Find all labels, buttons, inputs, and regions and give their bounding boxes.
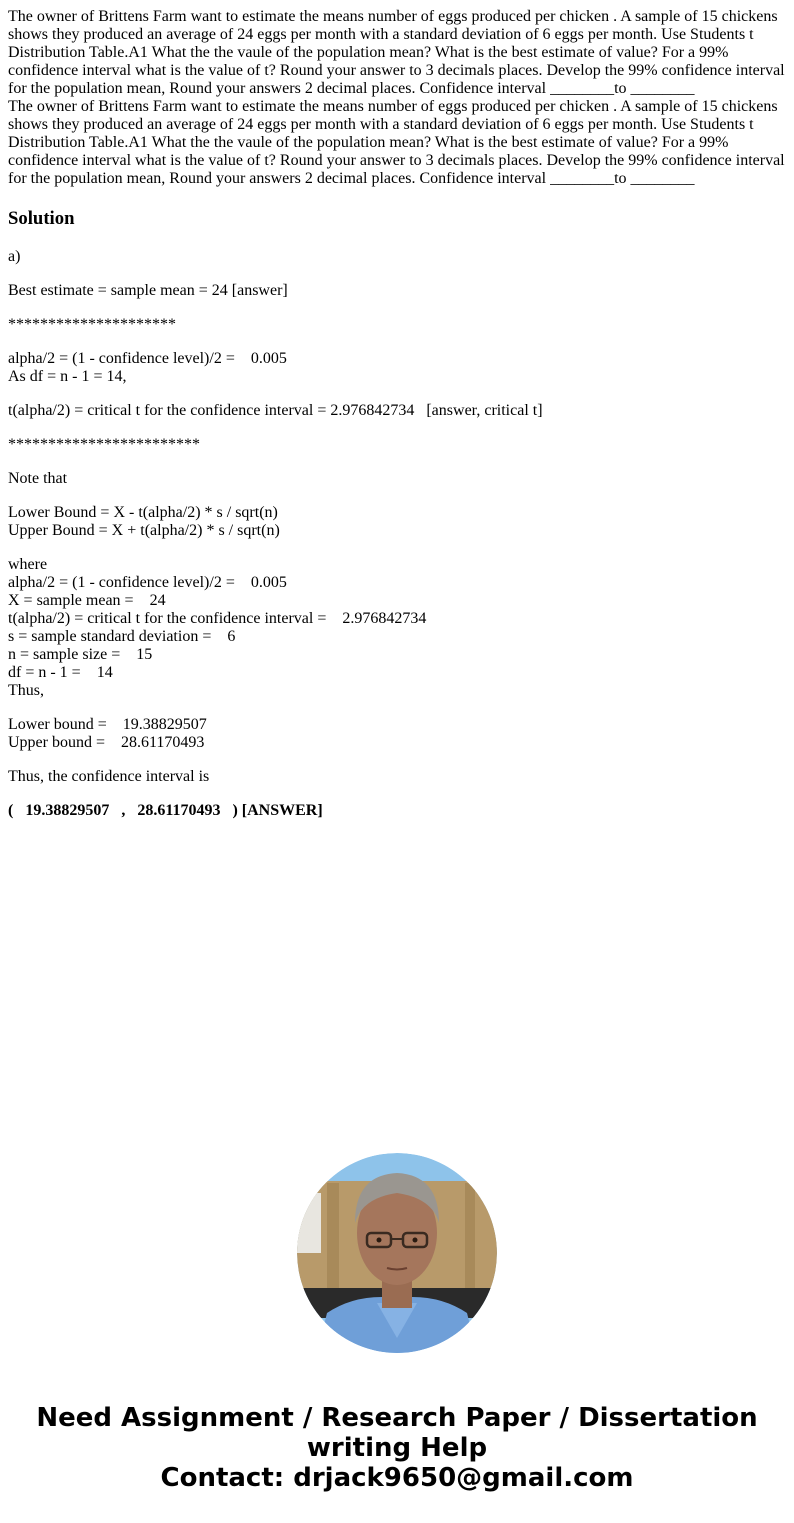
- where-df: df = n - 1 = 14: [8, 664, 786, 682]
- separator-line: *********************: [8, 316, 786, 334]
- upper-bound-formula: Upper Bound = X + t(alpha/2) * s / sqrt(…: [8, 522, 786, 540]
- thus-label: Thus,: [8, 682, 786, 700]
- person-photo-icon: [297, 1153, 497, 1353]
- where-sample-size: n = sample size = 15: [8, 646, 786, 664]
- best-estimate-line: Best estimate = sample mean = 24 [answer…: [8, 282, 786, 300]
- where-mean: X = sample mean = 24: [8, 592, 786, 610]
- where-std-dev: s = sample standard deviation = 6: [8, 628, 786, 646]
- solution-body: a) Best estimate = sample mean = 24 [ans…: [8, 248, 786, 820]
- promo-line: writing Help: [0, 1433, 794, 1463]
- where-label: where: [8, 556, 786, 574]
- where-critical-t: t(alpha/2) = critical t for the confiden…: [8, 610, 786, 628]
- where-alpha: alpha/2 = (1 - confidence level)/2 = 0.0…: [8, 574, 786, 592]
- question-paragraph: The owner of Brittens Farm want to estim…: [8, 98, 786, 188]
- contact-email: Contact: drjack9650@gmail.com: [0, 1463, 794, 1493]
- upper-bound-value: Upper bound = 28.61170493: [8, 734, 786, 752]
- conclusion-line: Thus, the confidence interval is: [8, 768, 786, 786]
- note-that-label: Note that: [8, 470, 786, 488]
- alpha-line: alpha/2 = (1 - confidence level)/2 = 0.0…: [8, 350, 786, 368]
- question-paragraph: The owner of Brittens Farm want to estim…: [8, 8, 786, 98]
- lower-bound-value: Lower bound = 19.38829507: [8, 716, 786, 734]
- document-page: The owner of Brittens Farm want to estim…: [0, 0, 794, 820]
- promo-banner: Need Assignment / Research Paper / Disse…: [0, 1403, 794, 1493]
- promo-line: Need Assignment / Research Paper / Disse…: [0, 1403, 794, 1433]
- avatar: [297, 1153, 497, 1353]
- solution-heading: Solution: [8, 208, 786, 230]
- separator-line: ************************: [8, 436, 786, 454]
- part-label: a): [8, 248, 786, 266]
- final-answer: ( 19.38829507 , 28.61170493 ) [ANSWER]: [8, 802, 786, 820]
- lower-bound-formula: Lower Bound = X - t(alpha/2) * s / sqrt(…: [8, 504, 786, 522]
- df-line: As df = n - 1 = 14,: [8, 368, 786, 386]
- question-block: The owner of Brittens Farm want to estim…: [8, 8, 786, 188]
- critical-t-line: t(alpha/2) = critical t for the confiden…: [8, 402, 786, 420]
